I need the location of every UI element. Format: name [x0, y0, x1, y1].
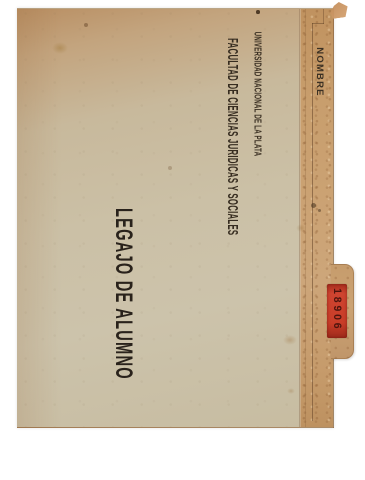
fold-crease-line: [299, 9, 301, 427]
cover-title: LEGAJO DE ALUMNO: [110, 212, 136, 376]
paper-texture: [17, 9, 333, 427]
torn-corner: [329, 1, 349, 19]
printed-dot-mark: [256, 10, 260, 14]
cover-title-text: LEGAJO DE ALUMNO: [109, 208, 137, 380]
folder-paper: [17, 8, 334, 428]
file-number-text: 18906: [331, 288, 343, 331]
name-label-text: NOMBRE: [315, 47, 326, 96]
fold-crease-line-faint: [305, 9, 306, 427]
name-label: NOMBRE: [314, 48, 326, 96]
university-title: UNIVERSIDAD NACIONAL DE LA PLATA: [251, 28, 264, 160]
university-title-text: UNIVERSIDAD NACIONAL DE LA PLATA: [252, 31, 263, 156]
name-rule-line: [312, 23, 313, 421]
name-rule-line-start: [323, 9, 324, 24]
faculty-title-text: FACULTAD DE CIENCIAS JURIDICAS Y SOCIALE…: [225, 38, 242, 235]
file-number: 18906: [330, 287, 344, 333]
faculty-title: FACULTAD DE CIENCIAS JURIDICAS Y SOCIALE…: [224, 27, 242, 247]
